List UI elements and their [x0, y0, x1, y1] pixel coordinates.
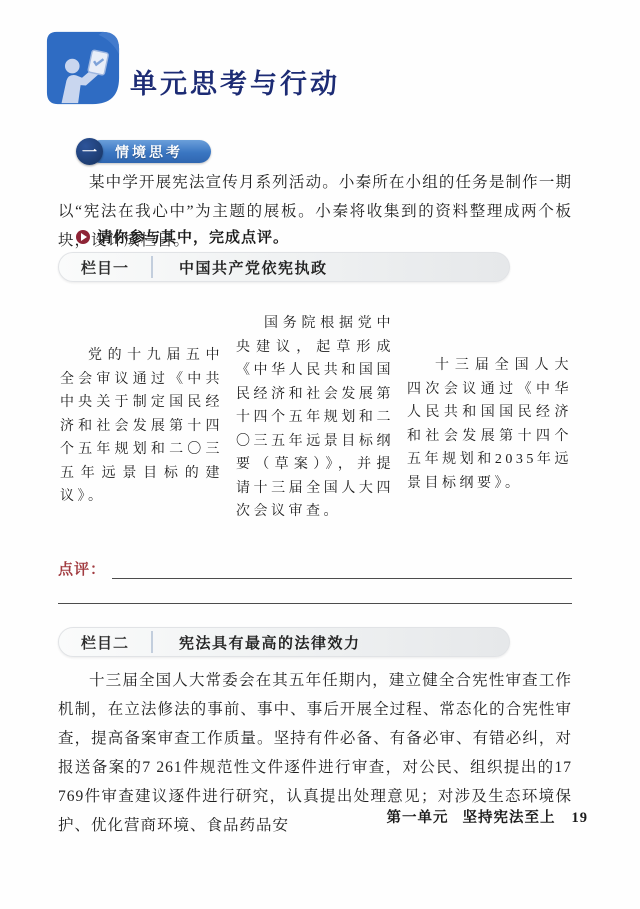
- column-two-label: 栏目二: [59, 632, 151, 653]
- comment-block: 点评：: [58, 558, 572, 604]
- unit-activity-logo-icon: [44, 28, 122, 108]
- section-label: 情境思考: [89, 140, 211, 163]
- section-number-badge: 一: [76, 138, 103, 165]
- footer-page-number: 19: [572, 810, 589, 827]
- card-npc-approval: 十三届全国人大四次会议通过《中华人民共和国国民经济和社会发展第十四个五年规划和2…: [407, 354, 572, 524]
- column-one-bar: 栏目一 中国共产党依宪执政: [58, 252, 510, 282]
- comment-label: 点评：: [58, 558, 112, 579]
- task-row: 请你参与其中，完成点评。: [76, 226, 289, 247]
- textbook-page: 单元思考与行动 一 情境思考 某中学开展宪法宣传月系列活动。小秦所在小组的任务是…: [0, 0, 640, 909]
- comment-blank-line-1: [112, 559, 572, 579]
- column-one-cards: 党的十九届五中全会审议通过《中共中央关于制定国民经济和社会发展第十四个五年规划和…: [60, 300, 572, 524]
- task-text: 请你参与其中，完成点评。: [97, 226, 289, 247]
- column-two-bar: 栏目二 宪法具有最高的法律效力: [58, 627, 510, 657]
- column-two-title: 宪法具有最高的法律效力: [153, 632, 361, 653]
- column-one-label: 栏目一: [59, 257, 151, 278]
- section-header: 一 情境思考: [76, 138, 211, 165]
- card-party-proposal: 党的十九届五中全会审议通过《中共中央关于制定国民经济和社会发展第十四个五年规划和…: [60, 344, 223, 524]
- play-bullet-icon: [76, 230, 90, 244]
- page-title: 单元思考与行动: [130, 62, 340, 101]
- card-state-council-draft: 国务院根据党中央建议，起草形成《中华人民共和国国民经济和社会发展第十四个五年规划…: [236, 312, 394, 524]
- footer-unit: 第一单元: [387, 806, 449, 827]
- footer-chapter: 坚持宪法至上: [463, 806, 556, 827]
- column-one-title: 中国共产党依宪执政: [153, 257, 328, 278]
- page-footer: 第一单元 坚持宪法至上 19: [387, 806, 589, 827]
- comment-blank-line-2: [58, 603, 572, 604]
